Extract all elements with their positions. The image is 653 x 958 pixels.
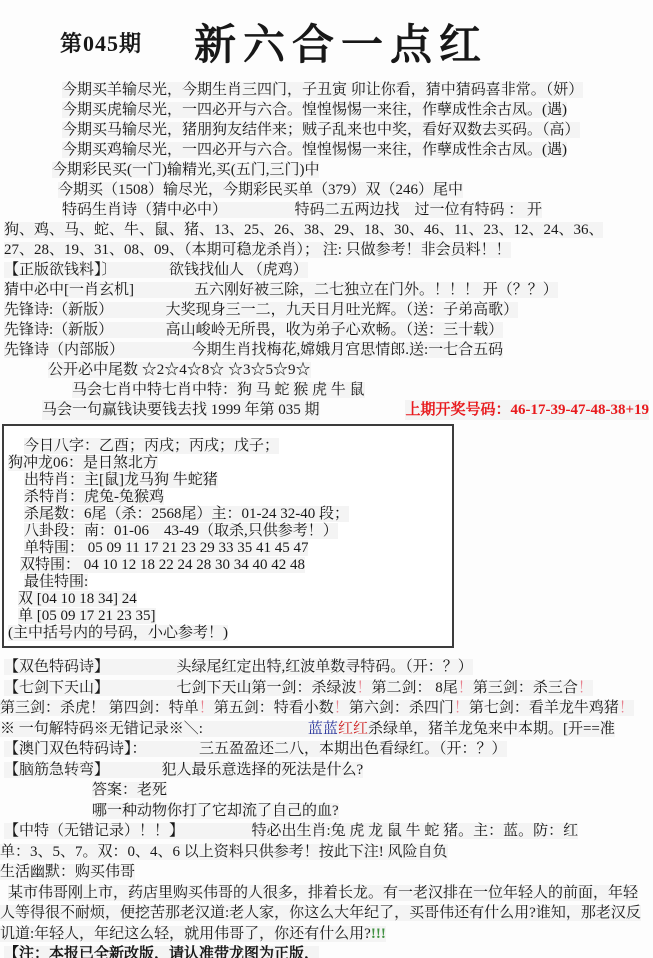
masthead-title: 新六合一点红 bbox=[194, 12, 488, 72]
text-segment: 【中特（无错记录）！！】 特必出生肖:兔 虎 龙 鼠 牛 蛇 猪。主：蓝。防：红 bbox=[4, 823, 578, 839]
text-segment: 先锋诗:（新版） 高山峻岭无所畏，收为弟子心欢畅。（送：三十载） bbox=[4, 322, 503, 338]
tips-section: 今期买羊输尽光，今期生肖三四门，子丑寅 卯让你看，猜中猜码喜非常。（妍）今期买虎… bbox=[0, 80, 653, 420]
text-segment: 狗、鸡、马、蛇、牛、鼠、猪、13、25、26、38、29、18、30、46、11… bbox=[4, 222, 603, 238]
odd-even-note: 单：3、5、7。双：0、4、6 以上资料只供参考！按此下注! 风险自负 bbox=[0, 842, 653, 863]
door-tip: 今期彩民买(一门)输精光,买(五门,三门)中 bbox=[0, 160, 653, 180]
text-segment: 公开必中尾数 ☆2☆4☆8☆ ☆3☆5☆9☆ bbox=[48, 362, 311, 378]
kill-tails: 杀尾数：6尾（杀：2568尾）主：01-24 32-40 段； bbox=[6, 506, 452, 523]
humor-line-3: 讥道:年轻人，年纪这么轻，就用伟哥了，你还有什么用?!!! bbox=[0, 924, 653, 945]
text-segment: 第三剑：杀三合 bbox=[473, 680, 578, 696]
text-segment: (主中括号内的号码，小心参考！) bbox=[8, 625, 228, 641]
text-segment: 单 [05 09 17 21 23 35] bbox=[18, 608, 156, 624]
edition-note: 【注：本报已全新改版，请认准带龙图为正版， bbox=[0, 944, 653, 958]
best-even: 双 [04 10 18 34] 24 bbox=[6, 591, 452, 608]
money-tip: 【正版欲钱料】〕 欲钱找仙人 （虎鸡） bbox=[0, 260, 653, 280]
one-phrase-solve: ※ 一句解特码※无错记录※＼: 蓝蓝红红杀绿单，猪羊龙兔来中本期。[开==准 bbox=[0, 719, 653, 740]
clash-line: 狗冲龙06：是日煞北方 bbox=[6, 455, 452, 472]
mid-special: 【中特（无错记录）！！】 特必出生肖:兔 虎 龙 鼠 牛 蛇 猪。主：蓝。防：红 bbox=[0, 821, 653, 842]
details-section: 【双色特码诗】 头绿尾红定出特,红波单数寻特码。（开：？）【七剑下天山】 七剑下… bbox=[0, 657, 653, 958]
text-segment: 【脑筋急转弯】 犯人最乐意选择的死法是什么? bbox=[4, 762, 363, 778]
text-segment: 出特肖：主[鼠]龙马狗 牛蛇猪 bbox=[24, 472, 218, 488]
text-segment: 第七剑：看羊龙牛鸡猪 bbox=[469, 700, 619, 716]
last-draw-line: 马会一句赢钱诀要钱去找 1999 年第 035 期上期开奖号码：46-17-39… bbox=[0, 400, 653, 420]
text-segment: 杀特肖：虎兔-兔猴鸡 bbox=[24, 489, 164, 505]
text-segment: 【注：本报已全新改版，请认准带龙图为正版， bbox=[4, 946, 319, 958]
text-segment: 双 [04 10 18 34] 24 bbox=[18, 591, 137, 607]
last-draw-numbers: 上期开奖号码：46-17-39-47-48-38+19 bbox=[405, 400, 649, 420]
text-segment: 27、28、19、31、08、09、（本期可稳龙杀肖）； 注: 只做参考！非会员… bbox=[4, 242, 511, 258]
tip-sheet-page: 第045期 新六合一点红 今期买羊输尽光，今期生肖三四门，子丑寅 卯让你看，猜中… bbox=[0, 0, 653, 958]
text-segment: 杀尾数：6尾（杀：2568尾）主：01-24 32-40 段； bbox=[24, 506, 349, 522]
text-segment: 猜中必中[一肖玄机] 五六刚好被三除，二七独立在门外。！！！ 开（？？） bbox=[4, 282, 558, 298]
humor-line-1: 某市伟哥刚上市，药店里购买伟哥的人很多，排着长龙。有一老汉排在一位年轻人的前面，… bbox=[0, 883, 653, 904]
text-segment: ！ bbox=[458, 680, 473, 696]
bazi-box: 今日八字：乙酉；丙戌；丙戌；戊子；狗冲龙06：是日煞北方出特肖：主[鼠]龙马狗 … bbox=[2, 424, 454, 648]
text-segment: 今期彩民买(一门)输精光,买(五门,三门)中 bbox=[52, 162, 319, 178]
seven-swords-2: 第三剑：杀虎！ 第四剑：特单！第五剑：特看小数！第六剑：杀四门！第七剑：看羊龙牛… bbox=[0, 698, 653, 719]
one-zodiac-riddle: 猜中必中[一肖玄机] 五六刚好被三除，二七独立在门外。！！！ 开（？？） bbox=[0, 280, 653, 300]
text-segment: 杀绿单，猪羊龙兔来中本期。[开==准 bbox=[368, 721, 615, 737]
box-note: (主中括号内的号码，小心参考！) bbox=[6, 625, 452, 642]
text-segment: 人等得很不耐烦，便挖苦那老汉道:老人家，你这么大年纪了，买哥伟还有什么用?谁知，… bbox=[0, 905, 641, 921]
text-segment: ！ bbox=[619, 700, 634, 716]
macau-poem: 【澳门双色特码诗】： 三五盈盈还二八，本期出色看绿红。（开：？） bbox=[0, 739, 653, 760]
text-segment: 【澳门双色特码诗】： 三五盈盈还二八，本期出色看绿红。（开：？） bbox=[4, 741, 507, 757]
poem-rooster: 今期买鸡输尽光，一四必开与六合。惶惶惕惕一来往，作孽成性余古凤。(遇) bbox=[0, 140, 653, 160]
text-segment: 答案：老死 bbox=[92, 782, 167, 798]
kill-zodiac: 杀特肖：虎兔-兔猴鸡 bbox=[6, 489, 452, 506]
text-segment: 双特围： 04 10 12 18 22 24 28 30 34 40 42 48 bbox=[20, 557, 305, 573]
teaser-question-2: 哪一种动物你打了它却流了自己的血? bbox=[0, 801, 653, 822]
zodiac-number-list-2: 27、28、19、31、08、09、（本期可稳龙杀肖）； 注: 只做参考！非会员… bbox=[0, 240, 653, 260]
zodiac-number-list-1: 狗、鸡、马、蛇、牛、鼠、猪、13、25、26、38、29、18、30、46、11… bbox=[0, 220, 653, 240]
text-segment: !!! bbox=[371, 926, 386, 942]
pioneer-poem-2: 先锋诗:（新版） 高山峻岭无所畏，收为弟子心欢畅。（送：三十载） bbox=[0, 320, 653, 340]
text-segment: 讥道:年轻人，年纪这么轻，就用伟哥了，你还有什么用? bbox=[0, 926, 371, 942]
tail-numbers: 公开必中尾数 ☆2☆4☆8☆ ☆3☆5☆9☆ bbox=[0, 360, 653, 380]
humor-line-2: 人等得很不耐烦，便挖苦那老汉道:老人家，你这么大年纪了，买哥伟还有什么用?谁知，… bbox=[0, 903, 653, 924]
text-segment: 先锋诗（内部版） 今期生肖找梅花,嫦娥月宫思情郎.送:一七合五码 bbox=[4, 342, 503, 358]
text-segment: 最佳特围: bbox=[24, 574, 88, 590]
text-segment: 特码生肖诗（猜中必中） 特码二五两边找 过一位有特码 ： 开 bbox=[62, 202, 542, 218]
masthead: 第045期 新六合一点红 bbox=[0, 0, 653, 72]
text-segment: ！ bbox=[578, 680, 593, 696]
issue-number: 第045期 bbox=[60, 27, 142, 58]
text-segment: ！ bbox=[199, 700, 214, 716]
best-odd: 单 [05 09 17 21 23 35] bbox=[6, 608, 452, 625]
two-color-poem: 【双色特码诗】 头绿尾红定出特,红波单数寻特码。（开：？） bbox=[0, 657, 653, 678]
text-segment: 八卦段：南：01-06 43-49（取杀,只供参考！） bbox=[24, 523, 338, 539]
brain-teaser: 【脑筋急转弯】 犯人最乐意选择的死法是什么? bbox=[0, 760, 653, 781]
text-segment: 某市伟哥刚上市，药店里购买伟哥的人很多，排着长龙。有一老汉排在一位年轻人的前面，… bbox=[8, 885, 638, 901]
pioneer-poem-internal: 先锋诗（内部版） 今期生肖找梅花,嫦娥月宫思情郎.送:一七合五码 bbox=[0, 340, 653, 360]
text-segment: ※ 一句解特码※无错记录※＼: bbox=[0, 721, 308, 737]
poem-goat: 今期买羊输尽光，今期生肖三四门，子丑寅 卯让你看，猜中猜码喜非常。（妍） bbox=[0, 80, 653, 100]
pioneer-poem-1: 先锋诗:（新版） 大奖现身三一二，九天日月吐光辉。（送：子弟高歌） bbox=[0, 300, 653, 320]
text-segment: 今期买马输尽光，猪朋狗友结伴来；贼子乱来也中奖，看好双数去买码。（高） bbox=[62, 122, 580, 138]
text-segment: ！ bbox=[357, 680, 372, 696]
text-segment: 第六剑：杀四门 bbox=[349, 700, 454, 716]
text-segment: 马会七肖中特七肖中特：狗 马 蛇 猴 虎 牛 鼠 bbox=[72, 382, 365, 398]
text-segment: 狗冲龙06：是日煞北方 bbox=[8, 455, 158, 471]
text-segment: 今期买（1508）输尽光，今期彩民买单（379）双（246）尾中 bbox=[58, 182, 463, 198]
text-segment: 今期买鸡输尽光，一四必开与六合。惶惶惕惕一来往，作孽成性余古凤。(遇) bbox=[62, 142, 567, 158]
win-money-phrase: 马会一句赢钱诀要钱去找 1999 年第 035 期 bbox=[42, 400, 320, 420]
text-segment: 【七剑下天山】 七剑下天山第一剑：杀绿波 bbox=[4, 680, 357, 696]
text-segment: 第二剑： 8尾 bbox=[372, 680, 458, 696]
text-segment: 第五剑：特看小数 bbox=[214, 700, 334, 716]
poem-horse: 今期买马输尽光，猪朋狗友结伴来；贼子乱来也中奖，看好双数去买码。（高） bbox=[0, 120, 653, 140]
text-segment: ！ bbox=[454, 700, 469, 716]
bagua-segment: 八卦段：南：01-06 43-49（取杀,只供参考！） bbox=[6, 523, 452, 540]
even-special-range: 双特围： 04 10 12 18 22 24 28 30 34 40 42 48 bbox=[6, 557, 452, 574]
text-segment: 【正版欲钱料】〕 欲钱找仙人 （虎鸡） bbox=[4, 262, 308, 278]
text-segment: 生活幽默：购买伟哥 bbox=[0, 864, 135, 880]
text-segment: 单特围： 05 09 11 17 21 23 29 33 35 41 45 47 bbox=[24, 540, 308, 556]
poem-tiger: 今期买虎输尽光，一四必开与六合。惶惶惕惕一来往，作孽成性余古凤。(遇) bbox=[0, 100, 653, 120]
text-segment: 先锋诗:（新版） 大奖现身三一二，九天日月吐光辉。（送：子弟高歌） bbox=[4, 302, 518, 318]
text-segment: 今日八字：乙酉；丙戌；丙戌；戊子； bbox=[24, 438, 279, 454]
odd-special-range: 单特围： 05 09 11 17 21 23 29 33 35 41 45 47 bbox=[6, 540, 452, 557]
odd-even-tip: 今期买（1508）输尽光，今期彩民买单（379）双（246）尾中 bbox=[0, 180, 653, 200]
humor-title: 生活幽默：购买伟哥 bbox=[0, 862, 653, 883]
seven-zodiac: 马会七肖中特七肖中特：狗 马 蛇 猴 虎 牛 鼠 bbox=[0, 380, 653, 400]
text-segment: 今期买虎输尽光，一四必开与六合。惶惶惕惕一来往，作孽成性余古凤。(遇) bbox=[62, 102, 567, 118]
text-segment: 【双色特码诗】 头绿尾红定出特,红波单数寻特码。（开：？） bbox=[4, 659, 473, 675]
seven-swords-1: 【七剑下天山】 七剑下天山第一剑：杀绿波！第二剑： 8尾！第三剑：杀三合！ bbox=[0, 678, 653, 699]
text-segment: 红红 bbox=[338, 721, 368, 737]
best-range-label: 最佳特围: bbox=[6, 574, 452, 591]
bazi-line: 今日八字：乙酉；丙戌；丙戌；戊子； bbox=[6, 438, 452, 455]
text-segment: 蓝蓝 bbox=[308, 721, 338, 737]
text-segment: 第三剑：杀虎！ 第四剑：特单 bbox=[0, 700, 199, 716]
teaser-answer: 答案：老死 bbox=[0, 780, 653, 801]
text-segment: 今期买羊输尽光，今期生肖三四门，子丑寅 卯让你看，猜中猜码喜非常。（妍） bbox=[62, 82, 583, 98]
out-zodiac: 出特肖：主[鼠]龙马狗 牛蛇猪 bbox=[6, 472, 452, 489]
text-segment: 哪一种动物你打了它却流了自己的血? bbox=[92, 803, 339, 819]
text-segment: ！ bbox=[334, 700, 349, 716]
zodiac-poem-header: 特码生肖诗（猜中必中） 特码二五两边找 过一位有特码 ： 开 bbox=[0, 200, 653, 220]
text-segment: 单：3、5、7。双：0、4、6 以上资料只供参考！按此下注! 风险自负 bbox=[0, 844, 448, 860]
